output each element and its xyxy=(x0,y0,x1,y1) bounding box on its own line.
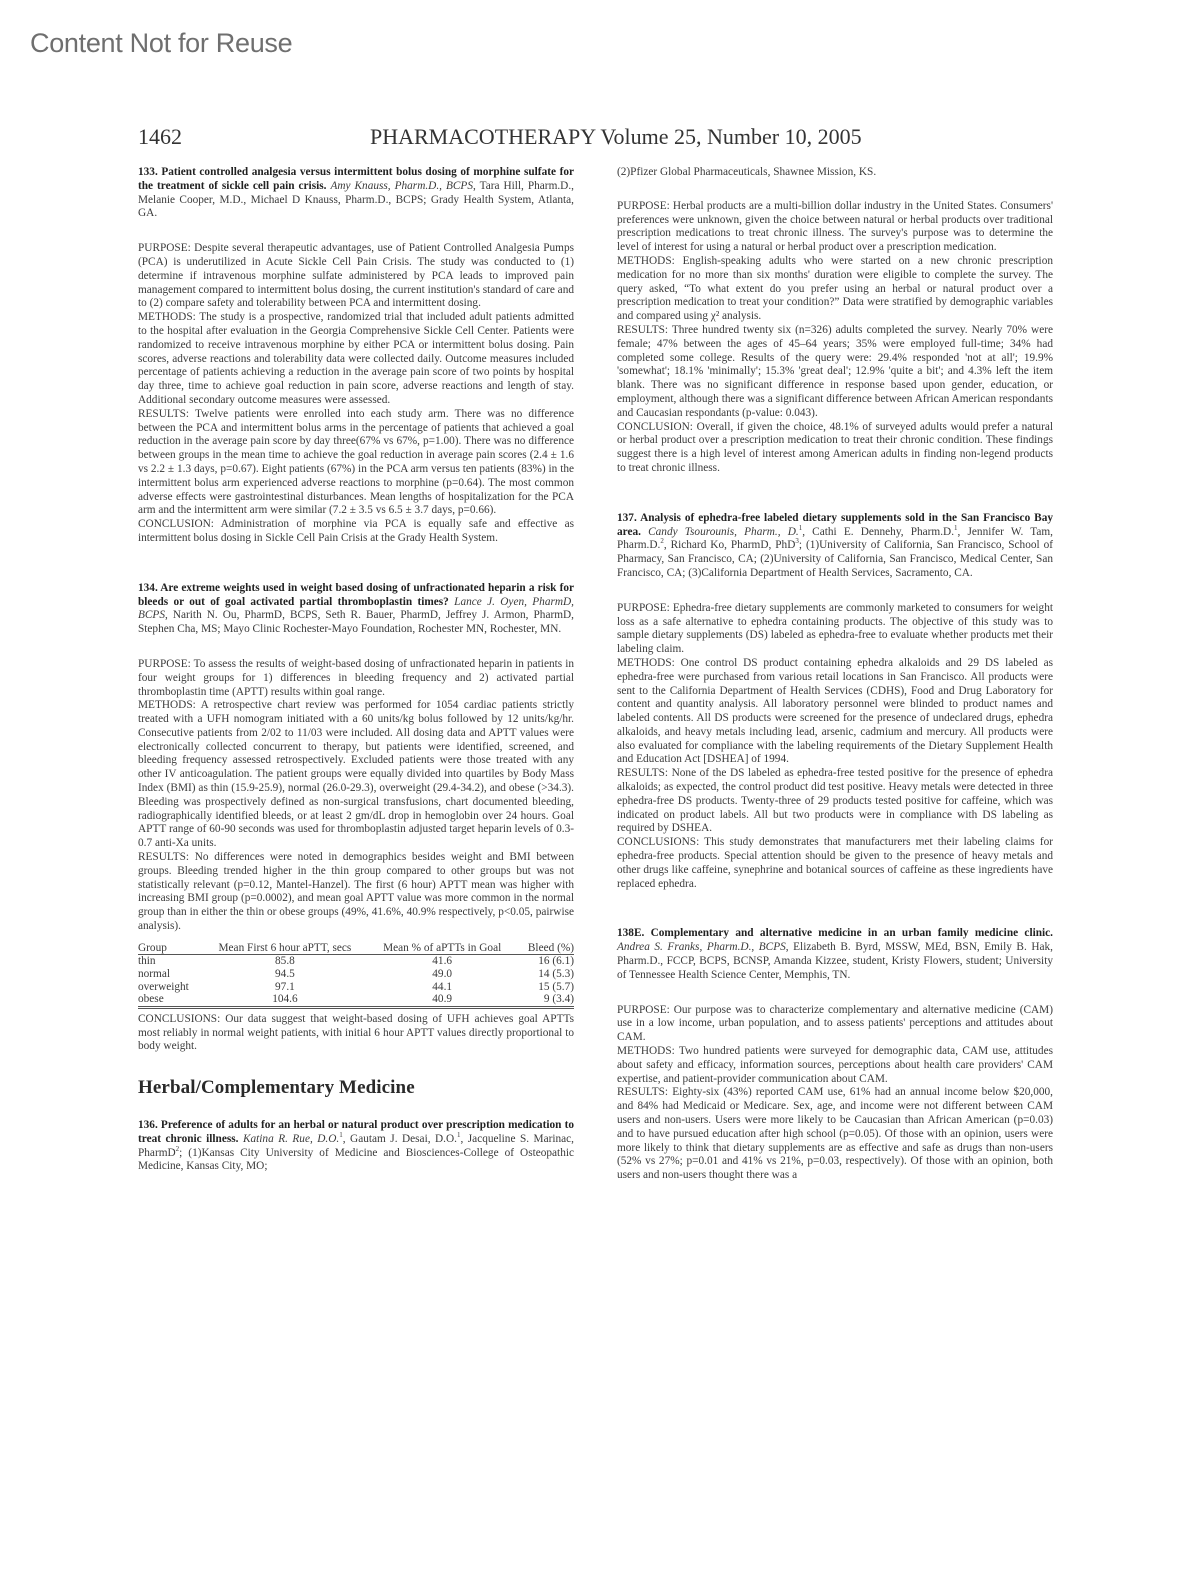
abstract-header: 136. Preference of adults for an herbal … xyxy=(138,1119,574,1174)
column-header-mean-aptt: Mean First 6 hour aPTT, secs xyxy=(202,942,368,955)
results-paragraph: RESULTS: None of the DS labeled as ephed… xyxy=(617,767,1053,836)
column-header-bleed: Bleed (%) xyxy=(516,942,574,955)
methods-paragraph: METHODS: A retrospective chart review wa… xyxy=(138,699,574,851)
table-row: obese 104.6 40.9 9 (3.4) xyxy=(138,993,574,1007)
first-author: Katina R. Rue, D.O. xyxy=(243,1133,339,1145)
purpose-paragraph: PURPOSE: Ephedra-free dietary supplement… xyxy=(617,602,1053,657)
methods-paragraph: METHODS: English-speaking adults who wer… xyxy=(617,255,1053,324)
abstract-137: 137. Analysis of ephedra-free labeled di… xyxy=(617,512,1053,892)
purpose-paragraph: PURPOSE: To assess the results of weight… xyxy=(138,658,574,699)
table-row: thin 85.8 41.6 16 (6.1) xyxy=(138,955,574,968)
cell-bleed: 9 (3.4) xyxy=(516,993,574,1007)
purpose-paragraph: PURPOSE: Despite several therapeutic adv… xyxy=(138,242,574,311)
first-author: Candy Tsourounis, Pharm., D. xyxy=(648,526,799,538)
first-author: Andrea S. Franks, Pharm.D., BCPS xyxy=(617,941,786,953)
abstract-header: 134. Are extreme weights used in weight … xyxy=(138,582,574,637)
cell-group: normal xyxy=(138,968,202,981)
watermark: Content Not for Reuse xyxy=(30,28,292,59)
coauthors: , Gautam J. Desai, D.O. xyxy=(343,1133,457,1145)
results-paragraph: RESULTS: Twelve patients were enrolled i… xyxy=(138,408,574,518)
abstract-header: 133. Patient controlled analgesia versus… xyxy=(138,166,574,221)
left-column: 133. Patient controlled analgesia versus… xyxy=(138,166,574,1201)
cell-goal-pct: 41.6 xyxy=(368,955,516,968)
table-row: normal 94.5 49.0 14 (5.3) xyxy=(138,968,574,981)
affiliations: ; (1)Kansas City University of Medicine … xyxy=(138,1147,574,1173)
conclusion-paragraph: CONCLUSIONS: Our data suggest that weigh… xyxy=(138,1013,574,1054)
cell-group: thin xyxy=(138,955,202,968)
purpose-paragraph: PURPOSE: Herbal products are a multi-bil… xyxy=(617,200,1053,255)
cell-mean-aptt: 97.1 xyxy=(202,981,368,994)
cell-mean-aptt: 94.5 xyxy=(202,968,368,981)
cell-bleed: 16 (6.1) xyxy=(516,955,574,968)
conclusion-paragraph: CONCLUSION: Overall, if given the choice… xyxy=(617,421,1053,476)
page-number: 1462 xyxy=(138,124,182,150)
conclusion-paragraph: CONCLUSION: Administration of morphine v… xyxy=(138,518,574,546)
cell-group: obese xyxy=(138,993,202,1007)
results-paragraph: RESULTS: No differences were noted in de… xyxy=(138,851,574,934)
journal-citation: PHARMACOTHERAPY Volume 25, Number 10, 20… xyxy=(370,124,862,150)
methods-paragraph: METHODS: One control DS product containi… xyxy=(617,657,1053,767)
right-column: (2)Pfizer Global Pharmaceuticals, Shawne… xyxy=(617,166,1053,1210)
table-header-row: Group Mean First 6 hour aPTT, secs Mean … xyxy=(138,942,574,955)
cell-group: overweight xyxy=(138,981,202,994)
abstract-136-start: 136. Preference of adults for an herbal … xyxy=(138,1119,574,1174)
results-table: Group Mean First 6 hour aPTT, secs Mean … xyxy=(138,942,574,1009)
methods-paragraph: METHODS: Two hundred patients were surve… xyxy=(617,1045,1053,1086)
abstract-header: 137. Analysis of ephedra-free labeled di… xyxy=(617,512,1053,581)
abstract-134: 134. Are extreme weights used in weight … xyxy=(138,582,574,1054)
first-author: Amy Knauss, Pharm.D., BCPS xyxy=(330,180,473,192)
abstract-header: 138E. Complementary and alternative medi… xyxy=(617,927,1053,982)
abstract-138e: 138E. Complementary and alternative medi… xyxy=(617,927,1053,1183)
abstract-133: 133. Patient controlled analgesia versus… xyxy=(138,166,574,546)
table-row: overweight 97.1 44.1 15 (5.7) xyxy=(138,981,574,994)
cell-goal-pct: 40.9 xyxy=(368,993,516,1007)
coauthors: , Narith N. Ou, PharmD, BCPS, Seth R. Ba… xyxy=(138,609,574,635)
affiliation-continued: (2)Pfizer Global Pharmaceuticals, Shawne… xyxy=(617,166,1053,180)
section-heading: Herbal/Complementary Medicine xyxy=(138,1081,574,1095)
column-header-group: Group xyxy=(138,942,202,955)
column-header-goal-pct: Mean % of aPTTs in Goal xyxy=(368,942,516,955)
abstract-136-cont: (2)Pfizer Global Pharmaceuticals, Shawne… xyxy=(617,166,1053,476)
running-head: 1462 PHARMACOTHERAPY Volume 25, Number 1… xyxy=(138,124,878,154)
results-paragraph: RESULTS: Eighty-six (43%) reported CAM u… xyxy=(617,1086,1053,1183)
coauthors: , Richard Ko, PharmD, PhD xyxy=(664,539,796,551)
cell-goal-pct: 44.1 xyxy=(368,981,516,994)
cell-goal-pct: 49.0 xyxy=(368,968,516,981)
methods-paragraph: METHODS: The study is a prospective, ran… xyxy=(138,311,574,408)
cell-bleed: 14 (5.3) xyxy=(516,968,574,981)
purpose-paragraph: PURPOSE: Our purpose was to characterize… xyxy=(617,1004,1053,1045)
conclusion-paragraph: CONCLUSIONS: This study demonstrates tha… xyxy=(617,836,1053,891)
cell-mean-aptt: 104.6 xyxy=(202,993,368,1007)
cell-bleed: 15 (5.7) xyxy=(516,981,574,994)
results-paragraph: RESULTS: Three hundred twenty six (n=326… xyxy=(617,324,1053,421)
abstract-title: 138E. Complementary and alternative medi… xyxy=(617,927,1053,939)
cell-mean-aptt: 85.8 xyxy=(202,955,368,968)
coauthors: , Cathi E. Dennehy, Pharm.D. xyxy=(802,526,954,538)
